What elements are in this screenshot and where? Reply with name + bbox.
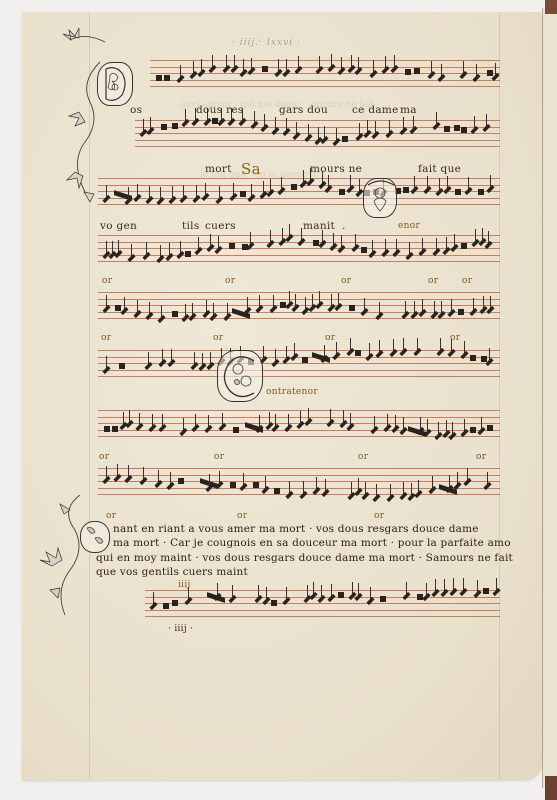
lyric-syllable: dous res [196,104,244,116]
repeat-mark: or [358,452,368,462]
breve-note [112,426,118,432]
minim-note [159,424,167,432]
repeat-mark: or [225,276,235,286]
breve-note [291,184,297,190]
breve-note [380,596,386,602]
breve-note [405,69,411,75]
breve-note [262,66,268,72]
lyric-syllable: mort [205,163,232,175]
breve-note [338,592,344,598]
staff-line [98,255,500,256]
minim-note [363,130,371,138]
minim-note [251,121,259,129]
breve-note [481,356,487,362]
staff-line [98,299,500,300]
minim-note [327,64,335,72]
repeat-mark: or [102,276,112,286]
breve-note [470,427,476,433]
repeat-mark: or [237,511,247,521]
breve-note [403,187,409,193]
minim-note [383,424,391,432]
repeat-mark: or [325,333,335,343]
repeat-mark: or [213,333,223,343]
music-stave [98,235,500,263]
staff-line [98,357,500,358]
staff-line [98,198,500,199]
voice-label-contratenor: ontratenor [266,387,318,397]
staff-line [98,494,500,495]
breve-note [458,309,464,315]
decorative-vine-top [45,22,115,202]
breve-note [161,124,167,130]
minim-note [166,482,174,490]
minim-note [261,124,269,132]
breve-note [274,488,280,494]
minim-note [285,424,293,432]
breve-note [414,68,420,74]
lyric-syllable: ce dame [352,104,399,116]
poem-line: que vos gentils cuers maint [96,565,248,579]
breve-note [156,75,162,81]
repeat-mark: or [101,333,111,343]
staff-line [150,80,500,81]
staff-line [150,67,500,68]
staff-line [135,146,500,147]
minim-note [120,307,128,315]
repeat-mark: or [99,452,109,462]
breve-note [342,136,348,142]
music-stave [98,292,500,320]
breve-note [178,478,184,484]
minim-note [423,186,431,194]
illuminated-initial-c [217,350,263,402]
minim-note [444,186,452,194]
minim-note [325,185,333,193]
staff-line [145,610,500,611]
lyric-syllable: tils [182,220,200,232]
minim-note [463,478,471,486]
final-stave-mark-above: iiij [178,580,191,590]
staff-line [150,60,500,61]
staff-line [150,86,500,87]
minim-note [156,255,164,263]
minim-note [282,128,290,136]
breve-note [229,243,235,249]
lyric-syllable: manit [303,220,335,232]
minim-note [201,192,209,200]
repeat-mark: or [462,276,472,286]
binding-bottom [545,776,557,800]
music-stave [98,350,500,378]
repeat-mark: or [428,276,438,286]
minim-note [139,476,147,484]
minim-note [461,351,469,359]
music-stave [145,590,500,618]
folio-number: · iiij.ᶜ lxxvi · [232,38,301,48]
breve-note [271,600,277,606]
minim-note [239,482,247,490]
breve-note [163,603,169,609]
music-stave [98,410,500,438]
breve-note [483,588,489,594]
music-stave [98,468,500,496]
lyric-syllable: vo gen [100,220,137,232]
minim-note [483,124,491,132]
breve-note [461,127,467,133]
breve-note [455,189,461,195]
staff-line [98,376,500,377]
lyric-syllable: ma [400,104,417,116]
minim-note [400,427,408,435]
music-stave [98,178,500,206]
repeat-mark: or [214,452,224,462]
staff-line [98,468,500,469]
lyric-syllable: cuers [205,220,236,232]
breve-note [339,189,345,195]
poem-line: qui en moy maint · vos dous resgars douc… [96,551,513,565]
repeat-mark: or [476,452,486,462]
repeat-mark: or [374,511,384,521]
minim-note [192,424,200,432]
lyric-cadel-initial: Sa [241,160,261,178]
minim-note [239,69,247,77]
lyric-syllable: mours ne [310,163,362,175]
breve-note [240,191,246,197]
music-stave [135,120,500,148]
minim-note [393,249,401,257]
lyric-syllable: . [342,220,346,232]
repeat-mark: or [106,511,116,521]
breve-note [230,482,236,488]
minim-note [454,482,462,490]
minim-note [354,488,362,496]
foliage-icon [218,351,262,401]
minim-note [124,475,132,483]
poem-line: ma mort · Car je cougnois en sa douceur … [113,536,511,550]
breve-note [470,355,476,361]
breve-note [172,600,178,606]
repeat-mark: or [450,333,460,343]
minim-note [381,249,389,257]
adjacent-folio-edge [542,8,557,788]
breve-note [487,425,493,431]
minim-note [448,309,456,317]
staff-line [145,603,500,604]
minim-note [406,252,414,260]
breve-note [444,126,450,132]
minim-note [472,74,480,82]
breve-note [119,363,125,369]
music-stave [150,60,500,88]
breve-note [185,251,191,257]
repeat-mark: or [341,276,351,286]
minim-note [179,195,187,203]
breve-note [233,427,239,433]
minim-note [102,366,110,374]
staff-line [145,616,500,617]
breve-note [302,357,308,363]
minim-note [304,418,312,426]
breve-note [349,305,355,311]
minim-note [351,244,359,252]
minim-note [484,482,492,490]
decorative-vine-bottom [30,490,100,620]
breve-note [361,247,367,253]
binding-top [545,0,557,14]
breve-note [115,305,121,311]
breve-note [172,123,178,129]
lyric-syllable: gars dou [279,104,328,116]
minim-note [410,186,418,194]
breve-note [253,482,259,488]
minim-note [437,74,445,82]
breve-note [172,311,178,317]
minim-note [487,306,495,314]
lyric-syllable: fait que [418,163,461,175]
illuminated-initial-t [363,178,397,218]
breve-note [104,426,110,432]
minim-note [188,313,196,321]
staff-line [98,370,500,371]
breve-note [461,243,467,249]
staff-line [98,235,500,236]
voice-label-tenor: enor [398,221,420,231]
minim-note [464,187,472,195]
staff-line [98,292,500,293]
breve-note [454,125,460,131]
foliage-icon [364,179,396,217]
breve-note [355,350,361,356]
final-stave-mark-below: · iiij · [168,624,193,634]
minim-note [214,245,222,253]
poem-line: nant en riant a vous amer ma mort · vos … [113,522,479,536]
breve-note [487,70,493,76]
minim-note [271,424,279,432]
lyric-syllable: os [130,104,142,116]
breve-note [478,189,484,195]
minim-note [247,67,255,75]
minim-note [328,594,336,602]
minim-note [296,421,304,429]
breve-note [164,75,170,81]
